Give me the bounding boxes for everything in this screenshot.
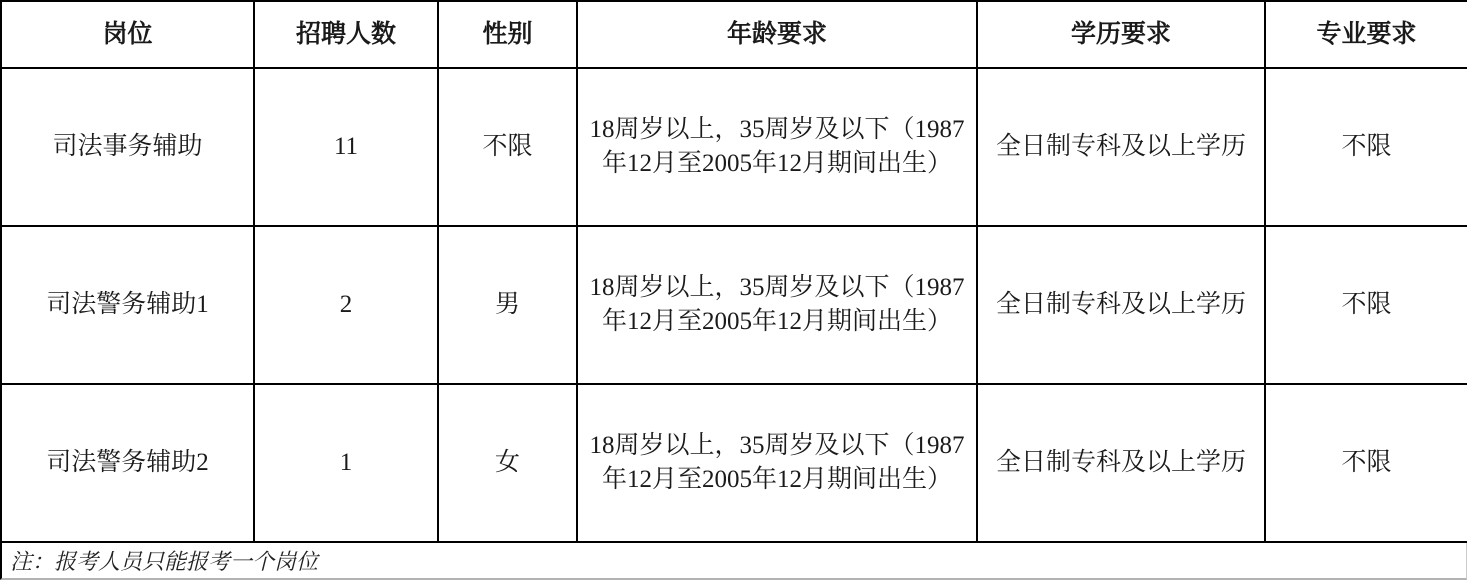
cell-gender: 女 bbox=[438, 384, 577, 542]
header-cell-position: 岗位 bbox=[1, 1, 254, 68]
cell-education: 全日制专科及以上学历 bbox=[977, 226, 1265, 384]
cell-headcount: 1 bbox=[254, 384, 438, 542]
table-row: 司法警务辅助2 1 女 18周岁以上，35周岁及以下（1987年12月至2005… bbox=[1, 384, 1467, 542]
cell-position: 司法警务辅助2 bbox=[1, 384, 254, 542]
cell-major: 不限 bbox=[1265, 226, 1467, 384]
cell-age: 18周岁以上，35周岁及以下（1987年12月至2005年12月期间出生） bbox=[577, 384, 977, 542]
cell-major: 不限 bbox=[1265, 384, 1467, 542]
cell-gender: 不限 bbox=[438, 68, 577, 226]
footnote-row: 注：报考人员只能报考一个岗位 bbox=[0, 543, 1467, 580]
cell-education: 全日制专科及以上学历 bbox=[977, 68, 1265, 226]
table-header-row: 岗位 招聘人数 性别 年龄要求 学历要求 专业要求 bbox=[1, 1, 1467, 68]
recruitment-table-page: 岗位 招聘人数 性别 年龄要求 学历要求 专业要求 司法事务辅助 11 不限 1… bbox=[0, 0, 1467, 585]
header-cell-education: 学历要求 bbox=[977, 1, 1265, 68]
header-cell-gender: 性别 bbox=[438, 1, 577, 68]
note-text: 注：报考人员只能报考一个岗位 bbox=[10, 545, 318, 576]
cell-position: 司法事务辅助 bbox=[1, 68, 254, 226]
cell-age: 18周岁以上，35周岁及以下（1987年12月至2005年12月期间出生） bbox=[577, 68, 977, 226]
cell-major: 不限 bbox=[1265, 68, 1467, 226]
cell-position: 司法警务辅助1 bbox=[1, 226, 254, 384]
recruitment-positions-table: 岗位 招聘人数 性别 年龄要求 学历要求 专业要求 司法事务辅助 11 不限 1… bbox=[0, 0, 1467, 543]
table-row: 司法事务辅助 11 不限 18周岁以上，35周岁及以下（1987年12月至200… bbox=[1, 68, 1467, 226]
header-cell-age: 年龄要求 bbox=[577, 1, 977, 68]
cell-headcount: 11 bbox=[254, 68, 438, 226]
cell-headcount: 2 bbox=[254, 226, 438, 384]
cell-gender: 男 bbox=[438, 226, 577, 384]
cell-education: 全日制专科及以上学历 bbox=[977, 384, 1265, 542]
header-cell-major: 专业要求 bbox=[1265, 1, 1467, 68]
header-cell-headcount: 招聘人数 bbox=[254, 1, 438, 68]
table-row: 司法警务辅助1 2 男 18周岁以上，35周岁及以下（1987年12月至2005… bbox=[1, 226, 1467, 384]
cell-age: 18周岁以上，35周岁及以下（1987年12月至2005年12月期间出生） bbox=[577, 226, 977, 384]
